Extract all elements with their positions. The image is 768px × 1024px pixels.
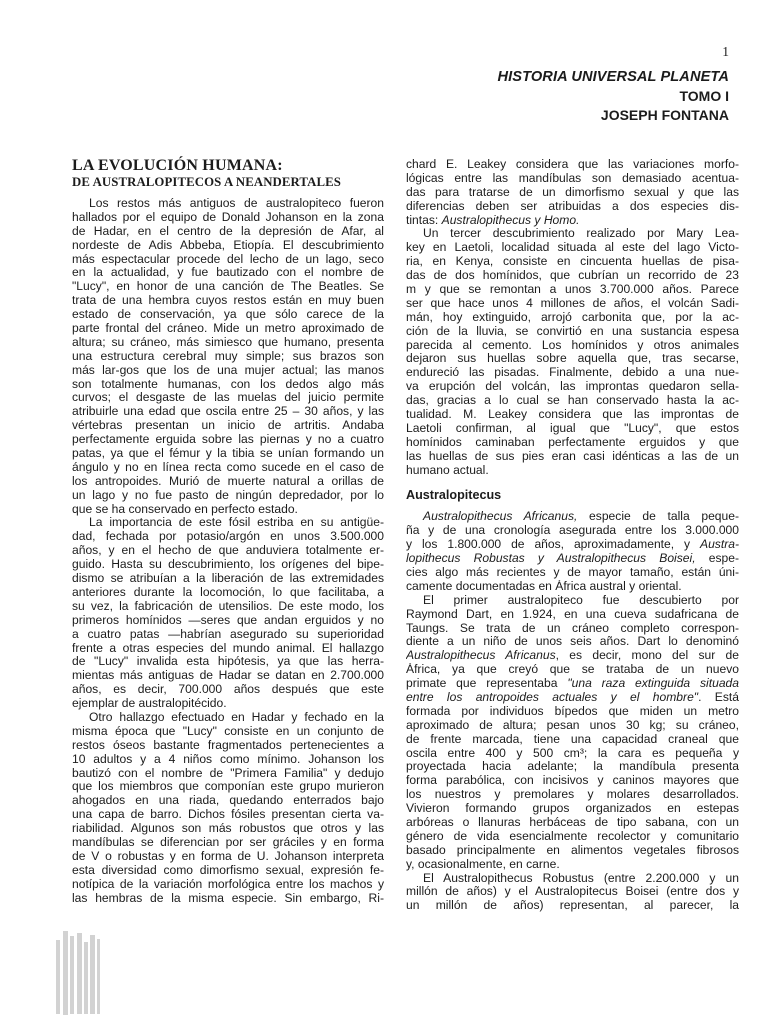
text-line: mandíbulas se diferencian por ser grácil… bbox=[72, 836, 384, 850]
left-column-text: Los restos más antiguos de australopitec… bbox=[72, 197, 384, 905]
text-line: en la actualidad, y fue bautizado con el… bbox=[72, 266, 384, 280]
text-line: trata de una hembra cuyos restos están e… bbox=[72, 294, 384, 308]
text-line: ria, en Kenya, consiste en cincuenta hue… bbox=[406, 255, 739, 269]
text-line: Vivieron formando grupos organizados en … bbox=[406, 802, 739, 816]
text-line: las huellas de sus pies eran casi idénti… bbox=[406, 450, 739, 464]
text-line: bautizó con el nombre de "Primera Famili… bbox=[72, 767, 384, 781]
text-line: ejemplar de australopitécido. bbox=[72, 697, 384, 711]
text-line: un lago y no fue pasto de ningún depreda… bbox=[72, 489, 384, 503]
text-line: humano actual. bbox=[406, 464, 739, 478]
text-line: de "Lucy" invalida esta hipótesis, ya qu… bbox=[72, 655, 384, 669]
text-line: homínidos caminaban perfectamente erguid… bbox=[406, 436, 739, 450]
text-line: Taungs. Se trata de un cráneo completo c… bbox=[406, 622, 739, 636]
text-line: La importancia de este fósil estriba en … bbox=[72, 516, 384, 530]
header-title: HISTORIA UNIVERSAL PLANETA bbox=[497, 68, 729, 87]
text-line: son totalmente humanas, con los dedos al… bbox=[72, 378, 384, 392]
text-line: key en Laetoli, localidad situada al est… bbox=[406, 241, 739, 255]
text-line: das, gracias a lo cual se han conservado… bbox=[406, 394, 739, 408]
text-line: notípica de la variación morfológica ent… bbox=[72, 878, 384, 892]
text-line: primeros homínidos —seres que andan ergu… bbox=[72, 614, 384, 628]
text-line: anteriores durante la locomoción, lo que… bbox=[72, 586, 384, 600]
text-line: dejaron sus huellas sobre aquella que, t… bbox=[406, 352, 739, 366]
text-line: endureció las pisadas. Finalmente, debid… bbox=[406, 366, 739, 380]
text-line: formada por individuos bípedos que miden… bbox=[406, 705, 739, 719]
text-line: tintas: Australopithecus y Homo. bbox=[406, 214, 739, 228]
text-line: Los restos más antiguos de australopitec… bbox=[72, 197, 384, 211]
text-line: Australopithecus Africanus, es decir, mo… bbox=[406, 649, 739, 663]
text-line: parecida al cemento. Los homínidos y otr… bbox=[406, 339, 739, 353]
text-line: las hembras de la misma especie. Sin emb… bbox=[72, 892, 384, 906]
text-line: entre los antropoides actuales y el homb… bbox=[406, 691, 739, 705]
text-line: perfectamente erguida sobre las piernas … bbox=[72, 433, 384, 447]
text-line: y, ocasionalmente, en carne. bbox=[406, 858, 739, 872]
text-line: hallados por el equipo de Donald Johanso… bbox=[72, 211, 384, 225]
text-line: lógicas entre las mandíbulas son demasia… bbox=[406, 172, 739, 186]
page-number: 1 bbox=[497, 45, 729, 59]
text-line: Otro hallazgo efectuado en Hadar y fecha… bbox=[72, 711, 384, 725]
text-line: mientas más antiguas de Hadar se datan e… bbox=[72, 669, 384, 683]
text-line: lopithecus Robustas y Australopithecus B… bbox=[406, 552, 739, 566]
text-line: va erupción del volcán, las improntas qu… bbox=[406, 380, 739, 394]
text-line: años, y en el hecho de que anduviera tot… bbox=[72, 544, 384, 558]
text-line: más lar-gos que los de una mujer actual;… bbox=[72, 364, 384, 378]
text-line: arbóreas o llanuras herbáceas de tipo sa… bbox=[406, 816, 739, 830]
text-line: parte frontal del cráneo. Mide un metro … bbox=[72, 322, 384, 336]
text-line: vértebras presentan un inicio de artriti… bbox=[72, 419, 384, 433]
text-line: diente a un niño de unos seis años. Dart… bbox=[406, 635, 739, 649]
text-line: de Hadar, en el centro de la depresión d… bbox=[72, 225, 384, 239]
text-line: una estructura cerebral muy simple; sus … bbox=[72, 350, 384, 364]
scan-artifact-icon bbox=[56, 930, 102, 1016]
text-line: que los miembros que componían este grup… bbox=[72, 780, 384, 794]
text-line: cies algo más recientes y de mayor tamañ… bbox=[406, 566, 739, 580]
text-line: riabilidad. Algunos son más robustos que… bbox=[72, 822, 384, 836]
text-line: millón de años) y el Australopitecus Boi… bbox=[406, 885, 739, 899]
text-line: género de vida esencialmente recolector … bbox=[406, 830, 739, 844]
text-line: los antropoides. Murió de muerte natural… bbox=[72, 475, 384, 489]
text-line: Un tercer descubrimiento realizado por M… bbox=[406, 227, 739, 241]
page-header: 1 HISTORIA UNIVERSAL PLANETA TOMO I JOSE… bbox=[497, 45, 729, 124]
text-line: curvos; el desgaste de las muelas del ju… bbox=[72, 391, 384, 405]
text-line: aproximado de altura; pesan unos 30 kg; … bbox=[406, 719, 739, 733]
text-line: 10 adultos y a 4 niños como mínimo. Joha… bbox=[72, 753, 384, 767]
text-line: das de dos homínidos, que cubrían un rec… bbox=[406, 269, 739, 283]
text-line: esta diversidad como dimorfismo sexual, … bbox=[72, 864, 384, 878]
text-line: nordeste de Adis Abbeba, Etiopía. El des… bbox=[72, 239, 384, 253]
text-line: su vez, la fabricación de utensilios. De… bbox=[72, 600, 384, 614]
left-column: LA EVOLUCIÓN HUMANA: DE AUSTRALOPITECOS … bbox=[72, 157, 384, 905]
text-line: restos óseos bastante fragmentados perte… bbox=[72, 739, 384, 753]
right-column: chard E. Leakey considera que las variac… bbox=[406, 158, 739, 913]
text-line: ña y de una cronología asegurada entre l… bbox=[406, 524, 739, 538]
text-line: de V o robustas y en forma de U. Johanso… bbox=[72, 850, 384, 864]
text-line: África, ya que creyó que se trataba de u… bbox=[406, 663, 739, 677]
text-line: frente a otras especies del mundo animal… bbox=[72, 642, 384, 656]
text-line: basado principalmente en alimentos veget… bbox=[406, 844, 739, 858]
text-line: mán, hoy extinguido, arrojó carbonita qu… bbox=[406, 311, 739, 325]
text-line: tualidad. M. Leakey considera que las im… bbox=[406, 408, 739, 422]
text-line: dismo se atribuían a la liberación de la… bbox=[72, 572, 384, 586]
right-column-text: chard E. Leakey considera que las variac… bbox=[406, 158, 739, 913]
article-subtitle: DE AUSTRALOPITECOS A NEANDERTALES bbox=[72, 175, 384, 190]
text-line: Raymond Dart, en 1.924, en una cueva sud… bbox=[406, 608, 739, 622]
text-line: diferencias deben ser atribuidas a dos e… bbox=[406, 200, 739, 214]
text-line: guido. Hasta su descubrimiento, los oríg… bbox=[72, 558, 384, 572]
text-line: camente documentadas en África austral y… bbox=[406, 580, 739, 594]
text-line: proyectada hacia adelante; la mandíbula … bbox=[406, 760, 739, 774]
text-line: das para tratarse de un dimorfismo sexua… bbox=[406, 186, 739, 200]
text-line: a cuatro patas —habrían asegurado su sup… bbox=[72, 628, 384, 642]
header-author: JOSEPH FONTANA bbox=[497, 106, 729, 125]
header-tomo: TOMO I bbox=[497, 87, 729, 106]
text-line: patas, ya que el fémur y la tibia se uní… bbox=[72, 447, 384, 461]
text-line: altura; su cráneo, más simiesco que huma… bbox=[72, 336, 384, 350]
text-line: chard E. Leakey considera que las variac… bbox=[406, 158, 739, 172]
text-line: un millón de años) representan, al parec… bbox=[406, 899, 739, 913]
text-line: una capa de barro. Dichos fósiles presen… bbox=[72, 808, 384, 822]
text-line: misma época que "Lucy" consiste en un co… bbox=[72, 725, 384, 739]
text-line: atribuirle una edad que oscila entre 25 … bbox=[72, 405, 384, 419]
text-line: los nuestros y premolares y molares desa… bbox=[406, 788, 739, 802]
text-line: más espectacular procede del lecho de un… bbox=[72, 253, 384, 267]
document-page: 1 HISTORIA UNIVERSAL PLANETA TOMO I JOSE… bbox=[0, 0, 768, 1024]
text-line: y los 1.800.000 de años, aproximadamente… bbox=[406, 538, 739, 552]
text-line: El Australopithecus Robustus (entre 2.20… bbox=[406, 872, 739, 886]
text-line: m y que se remontan a unos 3.700.000 año… bbox=[406, 283, 739, 297]
text-line: El primer australopiteco fue descubierto… bbox=[406, 594, 739, 608]
text-line: estado de conservación, ya que sólo care… bbox=[72, 308, 384, 322]
text-line: ción de la lluvia, se convirtió en una s… bbox=[406, 325, 739, 339]
text-line: ser que hace unos 4 millones de años, el… bbox=[406, 297, 739, 311]
text-line: oscila entre 400 y 500 cm³; la cara es p… bbox=[406, 747, 739, 761]
text-line: ahogados en una riada, quedando enterrad… bbox=[72, 794, 384, 808]
article-title: LA EVOLUCIÓN HUMANA: bbox=[72, 157, 384, 175]
text-line: "Lucy", en honor de una canción de The B… bbox=[72, 280, 384, 294]
section-heading: Australopitecus bbox=[406, 489, 739, 503]
text-line: que se ha conservado en perfecto estado. bbox=[72, 503, 384, 517]
text-line: de frente marcada, tiene una capacidad c… bbox=[406, 733, 739, 747]
text-line: Australopithecus Africanus, especie de t… bbox=[406, 510, 739, 524]
text-line: años, es decir, 700.000 años después que… bbox=[72, 683, 384, 697]
text-line: ángulo y no en línea recta como sucede e… bbox=[72, 461, 384, 475]
text-line: forma parabólica, con incisivos y canino… bbox=[406, 774, 739, 788]
text-line: Laetoli confirman, al igual que "Lucy", … bbox=[406, 422, 739, 436]
text-line: primate que representaba "una raza extin… bbox=[406, 677, 739, 691]
text-line: dad, fechada por potasio/argón en unos 3… bbox=[72, 530, 384, 544]
